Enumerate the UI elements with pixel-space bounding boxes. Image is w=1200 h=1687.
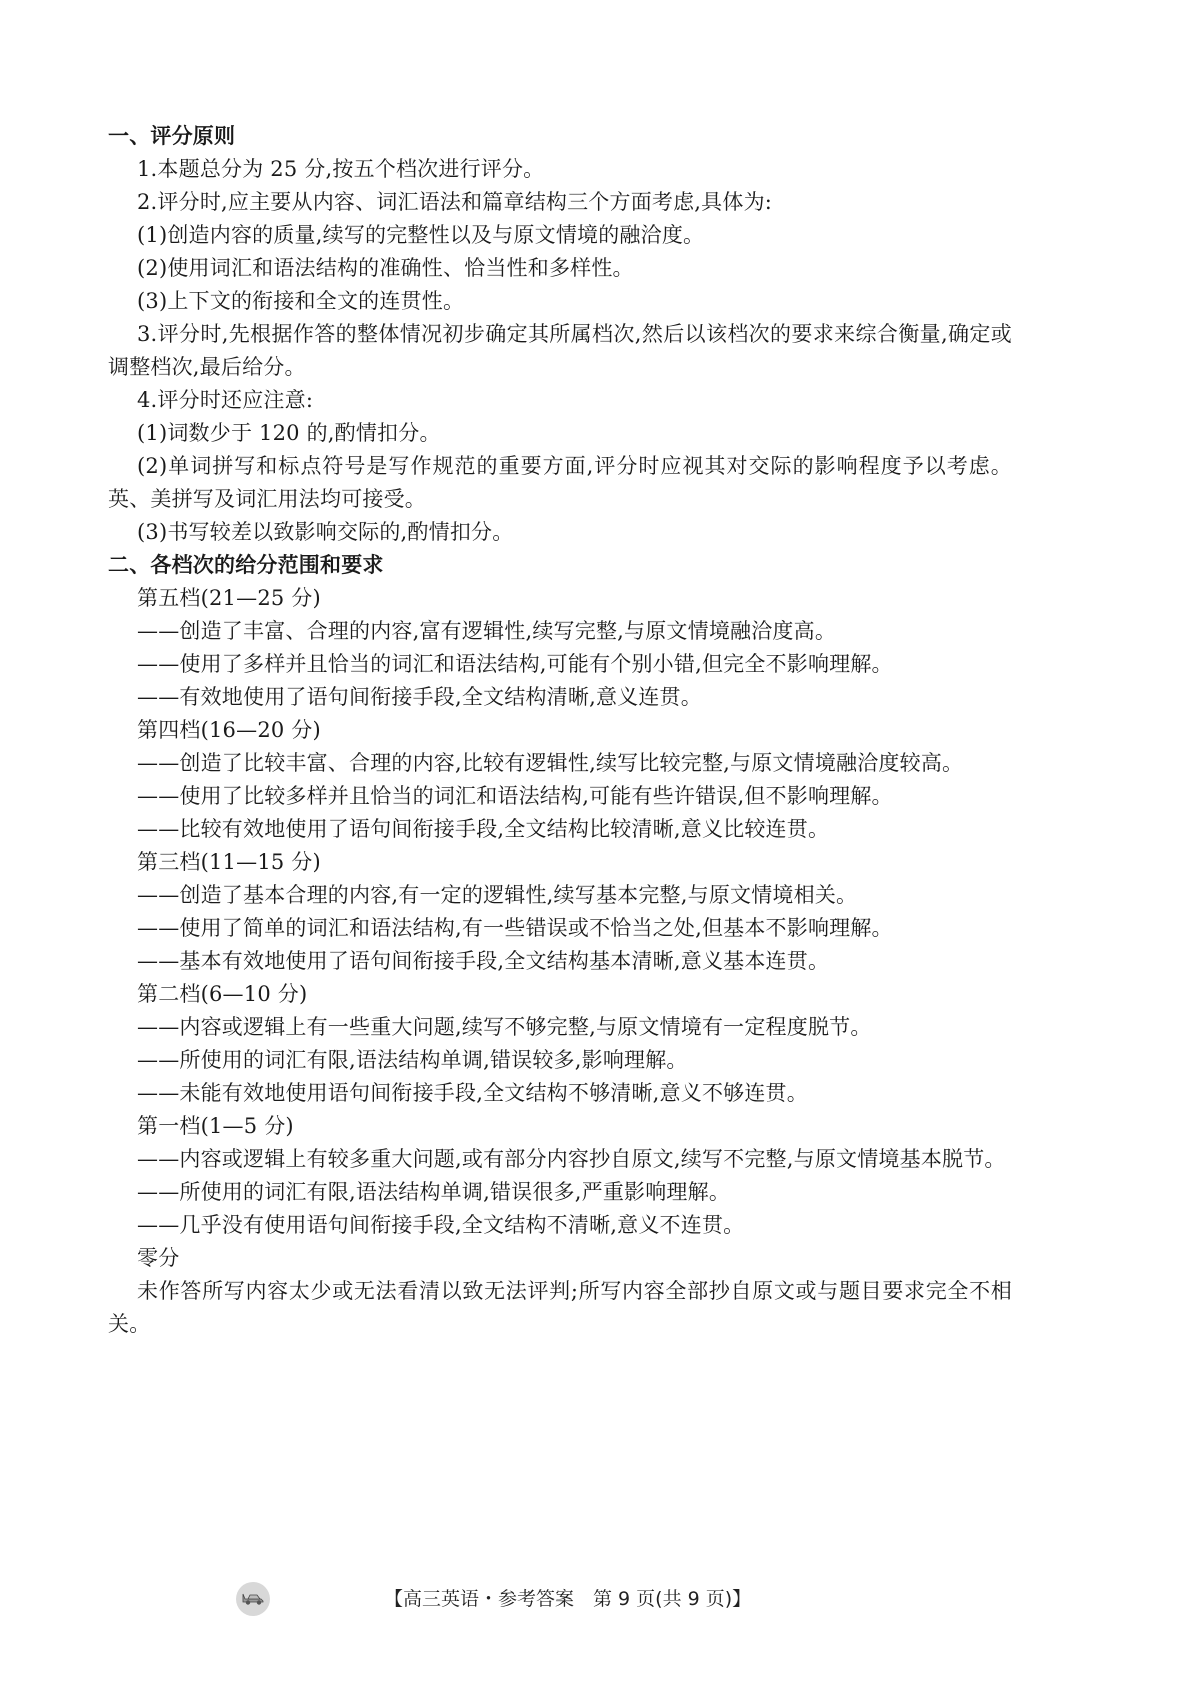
level-criterion: 未作答所写内容太少或无法看清以致无法评判;所写内容全部抄自原文或与题目要求完全不… <box>108 1275 1012 1341</box>
principle-item: 2.评分时,应主要从内容、词汇语法和篇章结构三个方面考虑,具体为: <box>108 186 1012 219</box>
section-heading-score-levels: 二、各档次的给分范围和要求 <box>108 549 1012 582</box>
document-body: 一、评分原则 1.本题总分为 25 分,按五个档次进行评分。 2.评分时,应主要… <box>108 120 1012 1341</box>
principle-item: 1.本题总分为 25 分,按五个档次进行评分。 <box>108 153 1012 186</box>
level-criterion: ——使用了比较多样并且恰当的词汇和语法结构,可能有些许错误,但不影响理解。 <box>108 780 1012 813</box>
level-criterion: ——内容或逻辑上有一些重大问题,续写不够完整,与原文情境有一定程度脱节。 <box>108 1011 1012 1044</box>
level-criterion: ——所使用的词汇有限,语法结构单调,错误较多,影响理解。 <box>108 1044 1012 1077</box>
page-footer: 【高三英语・参考答案 第 9 页(共 9 页)】 <box>0 1580 1200 1620</box>
principle-item: 3.评分时,先根据作答的整体情况初步确定其所属档次,然后以该档次的要求来综合衡量… <box>108 318 1012 384</box>
level-criterion: ——基本有效地使用了语句间衔接手段,全文结构基本清晰,意义基本连贯。 <box>108 945 1012 978</box>
principle-subitem: (2)使用词汇和语法结构的准确性、恰当性和多样性。 <box>108 252 1012 285</box>
level-criterion: ——未能有效地使用语句间衔接手段,全文结构不够清晰,意义不够连贯。 <box>108 1077 1012 1110</box>
level-title: 第四档(16—20 分) <box>108 714 1012 747</box>
level-title: 第二档(6—10 分) <box>108 978 1012 1011</box>
level-title: 第三档(11—15 分) <box>108 846 1012 879</box>
level-block-2: 第二档(6—10 分) ——内容或逻辑上有一些重大问题,续写不够完整,与原文情境… <box>108 978 1012 1110</box>
level-block-4: 第四档(16—20 分) ——创造了比较丰富、合理的内容,比较有逻辑性,续写比较… <box>108 714 1012 846</box>
level-criterion: ——使用了简单的词汇和语法结构,有一些错误或不恰当之处,但基本不影响理解。 <box>108 912 1012 945</box>
level-title: 第五档(21—25 分) <box>108 582 1012 615</box>
level-block-5: 第五档(21—25 分) ——创造了丰富、合理的内容,富有逻辑性,续写完整,与原… <box>108 582 1012 714</box>
level-criterion: ——比较有效地使用了语句间衔接手段,全文结构比较清晰,意义比较连贯。 <box>108 813 1012 846</box>
level-title: 第一档(1—5 分) <box>108 1110 1012 1143</box>
level-criterion: ——创造了丰富、合理的内容,富有逻辑性,续写完整,与原文情境融洽度高。 <box>108 615 1012 648</box>
principle-subitem: (1)创造内容的质量,续写的完整性以及与原文情境的融洽度。 <box>108 219 1012 252</box>
principle-subitem: (3)上下文的衔接和全文的连贯性。 <box>108 285 1012 318</box>
level-block-3: 第三档(11—15 分) ——创造了基本合理的内容,有一定的逻辑性,续写基本完整… <box>108 846 1012 978</box>
level-criterion: ——所使用的词汇有限,语法结构单调,错误很多,严重影响理解。 <box>108 1176 1012 1209</box>
level-criterion: ——创造了比较丰富、合理的内容,比较有逻辑性,续写比较完整,与原文情境融洽度较高… <box>108 747 1012 780</box>
level-block-1: 第一档(1—5 分) ——内容或逻辑上有较多重大问题,或有部分内容抄自原文,续写… <box>108 1110 1012 1242</box>
page-number-label: 【高三英语・参考答案 第 9 页(共 9 页)】 <box>384 1586 751 1612</box>
level-criterion: ——使用了多样并且恰当的词汇和语法结构,可能有个别小错,但完全不影响理解。 <box>108 648 1012 681</box>
level-criterion: ——内容或逻辑上有较多重大问题,或有部分内容抄自原文,续写不完整,与原文情境基本… <box>108 1143 1012 1176</box>
principle-subitem: (2)单词拼写和标点符号是写作规范的重要方面,评分时应视其对交际的影响程度予以考… <box>108 450 1012 516</box>
section-heading-scoring-principles: 一、评分原则 <box>108 120 1012 153</box>
level-title: 零分 <box>108 1242 1012 1275</box>
level-criterion: ——有效地使用了语句间衔接手段,全文结构清晰,意义连贯。 <box>108 681 1012 714</box>
principle-subitem: (3)书写较差以致影响交际的,酌情扣分。 <box>108 516 1012 549</box>
level-block-zero: 零分 未作答所写内容太少或无法看清以致无法评判;所写内容全部抄自原文或与题目要求… <box>108 1242 1012 1341</box>
car-icon <box>236 1582 270 1616</box>
level-criterion: ——几乎没有使用语句间衔接手段,全文结构不清晰,意义不连贯。 <box>108 1209 1012 1242</box>
level-criterion: ——创造了基本合理的内容,有一定的逻辑性,续写基本完整,与原文情境相关。 <box>108 879 1012 912</box>
principle-item: 4.评分时还应注意: <box>108 384 1012 417</box>
principle-subitem: (1)词数少于 120 的,酌情扣分。 <box>108 417 1012 450</box>
